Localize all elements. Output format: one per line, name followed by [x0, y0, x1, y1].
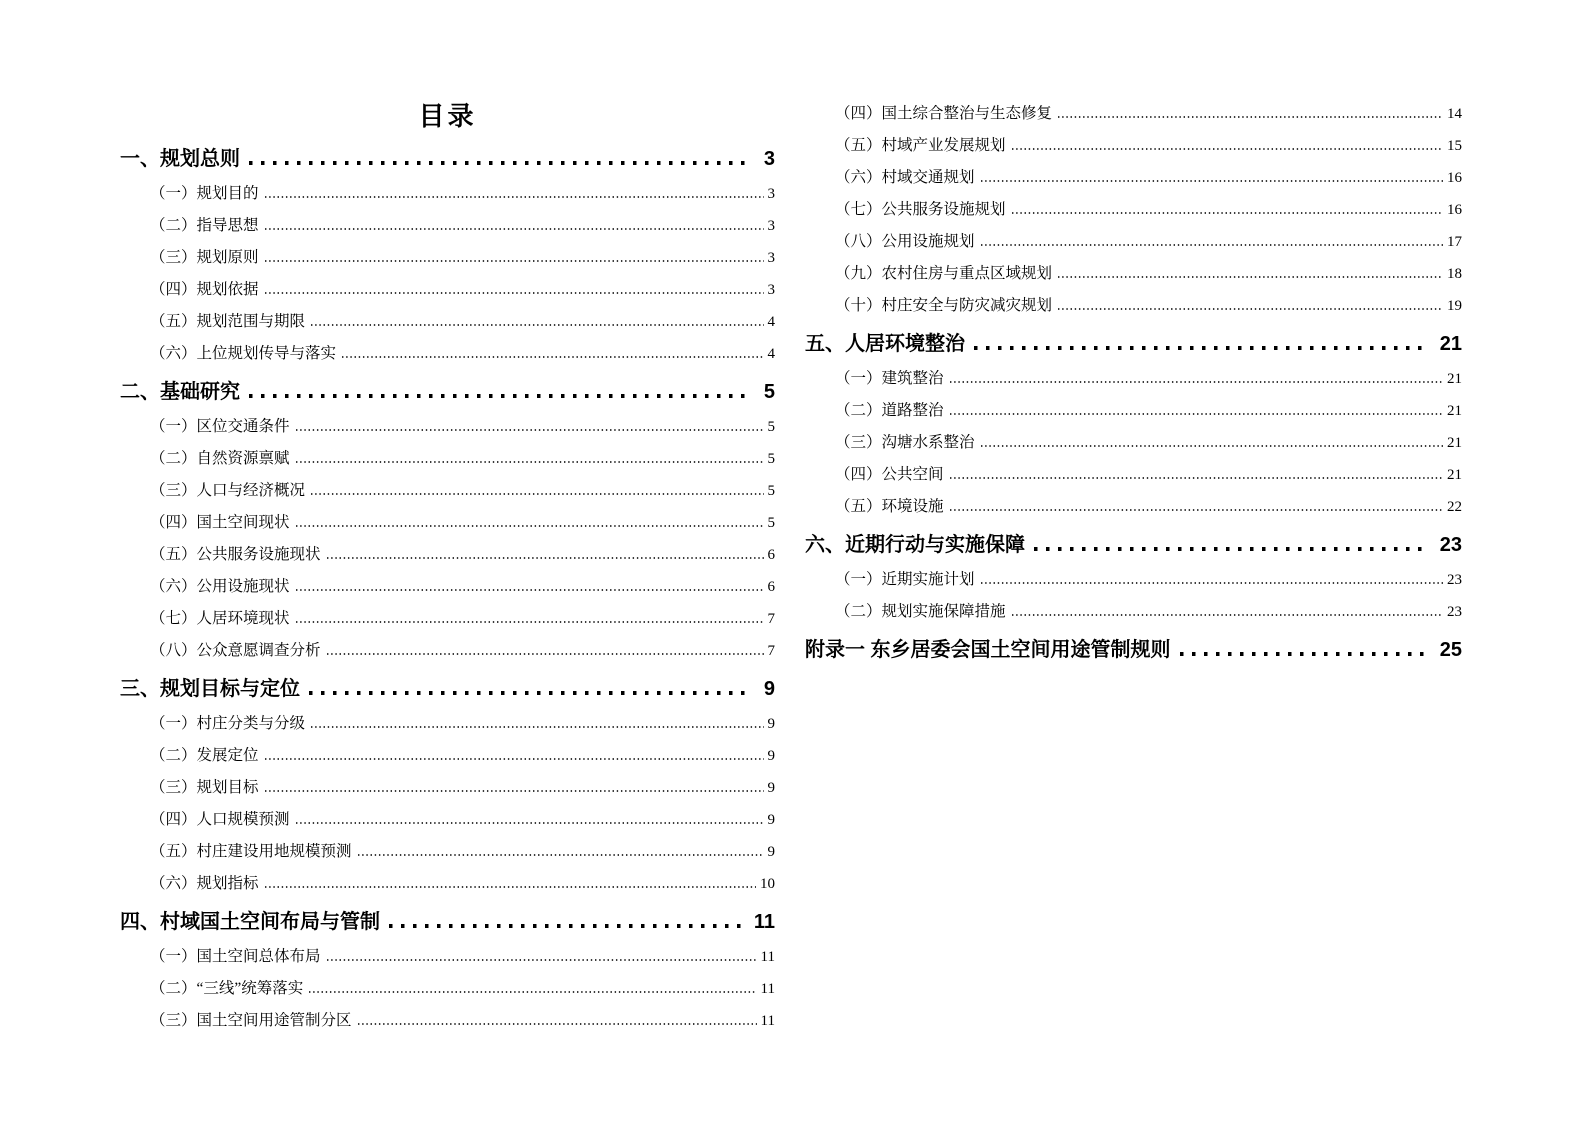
dot-leader [311, 324, 763, 326]
dot-leader [249, 394, 752, 398]
toc-entry-page: 11 [754, 909, 775, 936]
dot-leader [296, 621, 764, 623]
dot-leader [950, 381, 1443, 383]
toc-entry-page: 21 [1447, 401, 1462, 422]
toc-column-left: 目录 一、规划总则3（一）规划目的3（二）指导思想3（三）规划原则3（四）规划依… [120, 100, 775, 1032]
dot-leader [1034, 547, 1428, 551]
toc-entry-page: 3 [768, 280, 776, 301]
toc-entry[interactable]: （三）沟塘水系整治21 [805, 432, 1462, 454]
toc-entry[interactable]: （一）国土空间总体布局11 [120, 946, 775, 968]
toc-entry[interactable]: （一）区位交通条件5 [120, 416, 775, 438]
toc-entry-page: 7 [768, 641, 776, 662]
toc-entry[interactable]: （二）发展定位9 [120, 745, 775, 767]
toc-entry-page: 21 [1447, 465, 1462, 486]
dot-leader [265, 196, 764, 198]
dot-leader [1058, 308, 1443, 310]
toc-entry-label: （六）公用设施现状 [150, 576, 290, 597]
toc-entry[interactable]: （六）规划指标10 [120, 873, 775, 895]
toc-section-heading[interactable]: 一、规划总则3 [120, 146, 775, 173]
toc-entry-label: （一）近期实施计划 [835, 569, 975, 590]
toc-entry-page: 4 [768, 344, 776, 365]
dot-leader [265, 758, 764, 760]
toc-entry-page: 11 [761, 947, 775, 968]
toc-entry-page: 9 [768, 842, 776, 863]
dot-leader [296, 461, 764, 463]
toc-entry-page: 16 [1447, 200, 1462, 221]
toc-entry[interactable]: （二）道路整治21 [805, 400, 1462, 422]
toc-entry-page: 23 [1440, 532, 1462, 559]
dot-leader [265, 228, 764, 230]
toc-entry-page: 9 [764, 676, 775, 703]
dot-leader [981, 180, 1443, 182]
toc-entry-page: 3 [768, 216, 776, 237]
toc-section-heading[interactable]: 三、规划目标与定位9 [120, 676, 775, 703]
toc-entry[interactable]: （四）规划依据3 [120, 279, 775, 301]
dot-leader [1180, 652, 1428, 656]
dot-leader [265, 790, 764, 792]
toc-entry-label: （一）国土空间总体布局 [150, 946, 321, 967]
toc-entry-page: 25 [1440, 637, 1462, 664]
toc-entry-page: 17 [1447, 232, 1462, 253]
toc-entry-label: （二）指导思想 [150, 215, 259, 236]
toc-entry-label: （四）规划依据 [150, 279, 259, 300]
toc-entry-label: 六、近期行动与实施保障 [805, 532, 1025, 559]
dot-leader [974, 346, 1428, 350]
dot-leader [327, 959, 757, 961]
toc-entry[interactable]: （九）农村住房与重点区域规划18 [805, 263, 1462, 285]
dot-leader [1012, 614, 1443, 616]
document-page: 目录 一、规划总则3（一）规划目的3（二）指导思想3（三）规划原则3（四）规划依… [0, 0, 1587, 1122]
toc-entry-page: 9 [768, 714, 776, 735]
dot-leader [309, 991, 756, 993]
dot-leader [327, 557, 764, 559]
toc-entry[interactable]: （四）公共空间21 [805, 464, 1462, 486]
toc-entry[interactable]: （二）指导思想3 [120, 215, 775, 237]
toc-entry-page: 6 [768, 545, 776, 566]
toc-entry-label: （八）公用设施规划 [835, 231, 975, 252]
dot-leader [1058, 276, 1443, 278]
toc-title: 目录 [120, 100, 775, 132]
dot-leader [296, 589, 764, 591]
dot-leader [265, 886, 756, 888]
dot-leader [327, 653, 764, 655]
toc-entry-label: （三）人口与经济概况 [150, 480, 305, 501]
toc-entry-label: （六）规划指标 [150, 873, 259, 894]
toc-entry-label: （四）人口规模预测 [150, 809, 290, 830]
dot-leader [296, 525, 764, 527]
toc-entry-label: 一、规划总则 [120, 146, 240, 173]
toc-entry-label: （一）村庄分类与分级 [150, 713, 305, 734]
dot-leader [342, 356, 763, 358]
toc-entry-label: （四）国土空间现状 [150, 512, 290, 533]
toc-entry-label: （三）国土空间用途管制分区 [150, 1010, 352, 1031]
toc-entry-page: 5 [764, 379, 775, 406]
dot-leader [950, 477, 1443, 479]
dot-leader [981, 244, 1443, 246]
toc-entry-label: （八）公众意愿调查分析 [150, 640, 321, 661]
dot-leader [981, 445, 1443, 447]
toc-entry[interactable]: （七）公共服务设施规划16 [805, 199, 1462, 221]
toc-entry[interactable]: （七）人居环境现状7 [120, 608, 775, 630]
toc-entry-label: （三）沟塘水系整治 [835, 432, 975, 453]
dot-leader [309, 691, 752, 695]
toc-entry-label: （四）国土综合整治与生态修复 [835, 103, 1052, 124]
toc-entry[interactable]: （二）“三线”统筹落实11 [120, 978, 775, 1000]
toc-entry[interactable]: （五）环境设施22 [805, 496, 1462, 518]
dot-leader [296, 429, 764, 431]
toc-entry-label: 二、基础研究 [120, 379, 240, 406]
dot-leader [358, 854, 764, 856]
toc-entry-label: 附录一 东乡居委会国土空间用途管制规则 [805, 637, 1171, 664]
toc-entry-page: 22 [1447, 497, 1462, 518]
dot-leader [950, 509, 1443, 511]
toc-section-heading[interactable]: 二、基础研究5 [120, 379, 775, 406]
toc-entry-label: （二）“三线”统筹落实 [150, 978, 303, 999]
toc-entry-label: （四）公共空间 [835, 464, 944, 485]
toc-entry-label: 四、村域国土空间布局与管制 [120, 909, 380, 936]
dot-leader [1058, 116, 1443, 118]
toc-entry-label: （九）农村住房与重点区域规划 [835, 263, 1052, 284]
toc-entry[interactable]: （四）人口规模预测9 [120, 809, 775, 831]
dot-leader [311, 493, 763, 495]
toc-entry[interactable]: （三）国土空间用途管制分区11 [120, 1010, 775, 1032]
toc-entry-label: （三）规划目标 [150, 777, 259, 798]
toc-section-heading[interactable]: 四、村域国土空间布局与管制11 [120, 909, 775, 936]
toc-entry[interactable]: （四）国土空间现状5 [120, 512, 775, 534]
dot-leader [265, 260, 764, 262]
toc-entry-page: 11 [761, 979, 775, 1000]
toc-entry-label: （五）村庄建设用地规模预测 [150, 841, 352, 862]
toc-entry-page: 15 [1447, 136, 1462, 157]
toc-entry-label: （二）自然资源禀赋 [150, 448, 290, 469]
toc-entry-page: 23 [1447, 570, 1462, 591]
toc-entry[interactable]: （五）公共服务设施现状6 [120, 544, 775, 566]
toc-entry[interactable]: （一）建筑整治21 [805, 368, 1462, 390]
dot-leader [1012, 212, 1443, 214]
toc-entry-page: 9 [768, 810, 776, 831]
toc-entry-label: （五）村域产业发展规划 [835, 135, 1006, 156]
toc-entry-page: 7 [768, 609, 776, 630]
toc-entry-label: （一）规划目的 [150, 183, 259, 204]
toc-column-right: （四）国土综合整治与生态修复14（五）村域产业发展规划15（六）村域交通规划16… [805, 93, 1462, 664]
toc-entry-label: （二）规划实施保障措施 [835, 601, 1006, 622]
dot-leader [249, 161, 752, 165]
toc-entry-page: 4 [768, 312, 776, 333]
toc-entry-page: 3 [764, 146, 775, 173]
toc-section-heading[interactable]: 六、近期行动与实施保障23 [805, 532, 1462, 559]
dot-leader [296, 822, 764, 824]
toc-entry-label: （五）规划范围与期限 [150, 311, 305, 332]
toc-entry[interactable]: （六）上位规划传导与落实4 [120, 343, 775, 365]
toc-entry-page: 3 [768, 248, 776, 269]
toc-entry[interactable]: （一）规划目的3 [120, 183, 775, 205]
toc-entry-label: 三、规划目标与定位 [120, 676, 300, 703]
dot-leader [950, 413, 1443, 415]
toc-entry-label: （三）规划原则 [150, 247, 259, 268]
toc-section-heading[interactable]: 附录一 东乡居委会国土空间用途管制规则25 [805, 637, 1462, 664]
toc-entry-page: 5 [768, 481, 776, 502]
toc-entry-label: （五）环境设施 [835, 496, 944, 517]
toc-entry-page: 10 [760, 874, 775, 895]
dot-leader [265, 292, 764, 294]
toc-entry-label: （六）村域交通规划 [835, 167, 975, 188]
toc-entry-label: （一）区位交通条件 [150, 416, 290, 437]
toc-entry[interactable]: （四）国土综合整治与生态修复14 [805, 103, 1462, 125]
toc-entry-page: 9 [768, 746, 776, 767]
toc-entry-label: （五）公共服务设施现状 [150, 544, 321, 565]
toc-entry[interactable]: （一）村庄分类与分级9 [120, 713, 775, 735]
toc-entry[interactable]: （八）公用设施规划17 [805, 231, 1462, 253]
toc-entry-label: （二）道路整治 [835, 400, 944, 421]
toc-entry-page: 16 [1447, 168, 1462, 189]
toc-entry-page: 19 [1447, 296, 1462, 317]
dot-leader [389, 924, 742, 928]
toc-entry-label: （七）人居环境现状 [150, 608, 290, 629]
toc-entry-page: 5 [768, 449, 776, 470]
dot-leader [358, 1023, 757, 1025]
toc-entry-page: 21 [1440, 331, 1462, 358]
toc-entry-label: （十）村庄安全与防灾减灾规划 [835, 295, 1052, 316]
toc-entry[interactable]: （五）村庄建设用地规模预测9 [120, 841, 775, 863]
toc-entry-label: （六）上位规划传导与落实 [150, 343, 336, 364]
toc-entry-page: 5 [768, 417, 776, 438]
toc-entry-page: 3 [768, 184, 776, 205]
dot-leader [1012, 148, 1443, 150]
toc-entry-page: 18 [1447, 264, 1462, 285]
toc-entry-page: 21 [1447, 369, 1462, 390]
toc-entry[interactable]: （五）村域产业发展规划15 [805, 135, 1462, 157]
toc-entry-page: 6 [768, 577, 776, 598]
dot-leader [981, 582, 1443, 584]
toc-entry[interactable]: （三）规划目标9 [120, 777, 775, 799]
toc-entry[interactable]: （二）规划实施保障措施23 [805, 601, 1462, 623]
toc-entry[interactable]: （三）人口与经济概况5 [120, 480, 775, 502]
dot-leader [311, 726, 763, 728]
toc-section-heading[interactable]: 五、人居环境整治21 [805, 331, 1462, 358]
toc-entry-page: 23 [1447, 602, 1462, 623]
toc-entry[interactable]: （十）村庄安全与防灾减灾规划19 [805, 295, 1462, 317]
toc-entry-page: 11 [761, 1011, 775, 1032]
toc-entry[interactable]: （六）公用设施现状6 [120, 576, 775, 598]
toc-entry-page: 14 [1447, 104, 1462, 125]
toc-entry[interactable]: （二）自然资源禀赋5 [120, 448, 775, 470]
toc-entry[interactable]: （一）近期实施计划23 [805, 569, 1462, 591]
toc-entry-page: 9 [768, 778, 776, 799]
toc-entry[interactable]: （六）村域交通规划16 [805, 167, 1462, 189]
toc-entry[interactable]: （五）规划范围与期限4 [120, 311, 775, 333]
toc-entry-page: 21 [1447, 433, 1462, 454]
toc-entry-page: 5 [768, 513, 776, 534]
toc-entry[interactable]: （八）公众意愿调查分析7 [120, 640, 775, 662]
toc-entry[interactable]: （三）规划原则3 [120, 247, 775, 269]
toc-entry-label: （七）公共服务设施规划 [835, 199, 1006, 220]
toc-entry-label: （二）发展定位 [150, 745, 259, 766]
toc-entry-label: （一）建筑整治 [835, 368, 944, 389]
toc-entry-label: 五、人居环境整治 [805, 331, 965, 358]
